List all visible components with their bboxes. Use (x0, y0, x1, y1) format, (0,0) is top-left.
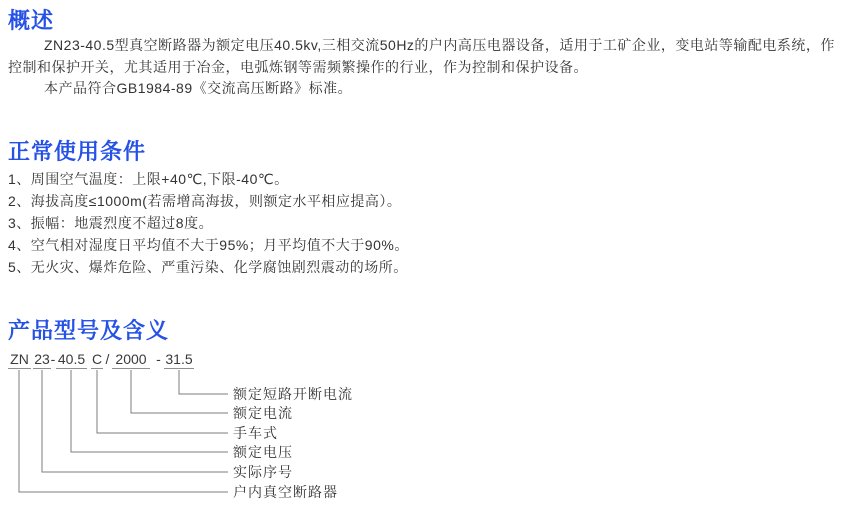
document-page: 概述 ZN23-40.5型真空断路器为额定电压40.5kv,三相交流50Hz的户… (0, 0, 867, 507)
condition-item: 2、海拔高度≤1000m(若需增高海拔，则额定水平相应提高）。 (8, 193, 401, 209)
overview-paragraph-line: ZN23-40.5型真空断路器为额定电压40.5kv,三相交流50Hz的户内高压… (44, 37, 835, 53)
model-segment-breaking-current: 31.5 (164, 351, 194, 369)
model-label-serial-no: 实际序号 (233, 464, 293, 480)
overview-paragraph-line: 控制和保护开关，尤其适用于冶金，电弧炼钢等需频繁操作的行业，作为控制和保护设备。 (8, 59, 588, 75)
model-separator: - (154, 351, 163, 369)
condition-item: 3、振幅：地震烈度不超过8度。 (8, 215, 213, 231)
model-label-rated-current: 额定电流 (233, 405, 293, 421)
conditions-heading: 正常使用条件 (8, 135, 146, 166)
overview-heading: 概述 (8, 4, 54, 35)
model-label-indoor-vcb: 户内真空断路器 (233, 484, 338, 500)
overview-standard-line: 本产品符合GB1984-89《交流高压断路》标准。 (44, 80, 352, 96)
model-segment-current: 2000 (112, 351, 150, 369)
model-connector-lines (0, 0, 867, 507)
model-label-rated-voltage: 额定电压 (233, 444, 293, 460)
model-segment-design-no: 23 (33, 351, 51, 369)
model-label-breaking-current: 额定短路开断电流 (233, 386, 353, 402)
model-segment-series: ZN (8, 351, 31, 369)
condition-item: 5、无火灾、爆炸危险、严重污染、化学腐蚀剧烈震动的场所。 (8, 259, 408, 275)
model-segment-type: C (91, 351, 103, 369)
condition-item: 1、周围空气温度：上限+40℃,下限-40℃。 (8, 171, 289, 187)
model-separator: / (104, 351, 111, 369)
model-segment-voltage: 40.5 (56, 351, 87, 369)
model-heading: 产品型号及含义 (8, 314, 169, 345)
condition-item: 4、空气相对湿度日平均值不大于95%；月平均值不大于90%。 (8, 237, 409, 253)
model-label-handcart-type: 手车式 (233, 425, 278, 441)
